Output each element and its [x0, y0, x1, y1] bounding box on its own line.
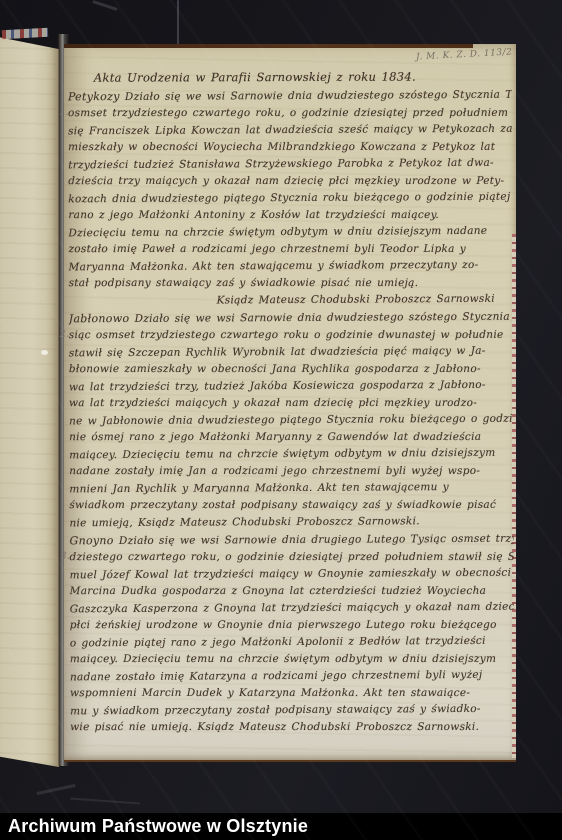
- manuscript-line: mieszkały w obecności Woyciecha Milbrand…: [68, 139, 512, 156]
- record-place-name: Petykozy: [68, 90, 125, 103]
- manuscript-line: stał podpisany stawaiący zaś y świadkowi…: [69, 275, 513, 292]
- manuscript-line: stawił się Szczepan Rychlik Wyrobnik lat…: [69, 343, 513, 363]
- manuscript-line: nadane zostało imię Katarzyna a rodzicam…: [70, 667, 514, 687]
- manuscript-line: wie pisać nie umieją. Ksiądz Mateusz Cho…: [70, 719, 514, 736]
- manuscript-line: się Franciszek Lipka Kowczan lat dwadzie…: [68, 121, 512, 141]
- manuscript-line: wa lat trzydzieści maiących y okazał nam…: [69, 395, 513, 412]
- manuscript-line: Maryanna Małżonka. Akt ten stawającemu y…: [68, 257, 512, 277]
- manuscript-line: Petykozy Działo się we wsi Sarnowie dnia…: [68, 86, 512, 107]
- marbled-page-edge-top: [2, 28, 48, 39]
- manuscript-line: nadane zostały imię Jan a rodzicami jego…: [69, 463, 513, 480]
- manuscript-line: ne w Jabłonowie dnia dwudziestego piąteg…: [69, 411, 513, 431]
- manuscript-line: Marcina Dudka gospodarza z Gnoyna lat cz…: [70, 583, 514, 600]
- manuscript-line: trzydzieści tudzież Stanisława Strzyżews…: [68, 155, 512, 175]
- record-place-name: Jabłonowo: [69, 312, 135, 325]
- background-scratch: [92, 0, 118, 11]
- manuscript-line: mu y świadkom przeczytany został podpisa…: [70, 701, 514, 721]
- manuscript-line: dzieścia trzy maiących y okazał nam dzie…: [68, 173, 512, 190]
- manuscript-line: Gaszczyka Kasperzona z Gnoyna lat trzydz…: [70, 599, 514, 619]
- archive-photo-frame: J. M. K. Z. D. 113/2 Akta Urodzenia w Pa…: [0, 0, 562, 840]
- birth-record: 3.Gnoyno Działo się we wsi Sarnowie dnia…: [69, 530, 514, 737]
- manuscript-line: płci żeńskiej urodzone w Gnoynie dnia pi…: [70, 617, 514, 634]
- manuscript-line: Gnoyno Działo się we wsi Sarnowie dnia d…: [69, 530, 513, 551]
- manuscript-text: Akta Urodzenia w Parafii Sarnowskiej z r…: [68, 67, 514, 737]
- manuscript-line: o godzinie piątej rano z jego Małżonki A…: [70, 633, 514, 653]
- birth-record: 2.Jabłonowo Działo się we wsi Sarnowie d…: [69, 308, 514, 532]
- manuscript-line: maiącey. Dziecięciu temu na chrzcie świę…: [69, 445, 513, 465]
- manuscript-line: Jabłonowo Działo się we wsi Sarnowie dni…: [69, 308, 513, 329]
- manuscript-line: rano z jego Małżonki Antoniny z Kosłów l…: [68, 207, 512, 224]
- manuscript-line: Dziecięciu temu na chrzcie świętym odbyt…: [68, 223, 512, 243]
- page-title: Akta Urodzenia w Parafii Sarnowskiej z r…: [68, 67, 512, 88]
- manuscript-line: kozach dnia dwudziestego piątego Styczni…: [68, 189, 512, 209]
- archive-caption-bar: Archiwum Państwowe w Olsztynie: [0, 813, 562, 840]
- manuscript-line: wa lat trzydzieści trzy, tudzież Jakóba …: [69, 377, 513, 397]
- manuscript-line: wspomnieni Marcin Dudek y Katarzyna Małż…: [70, 685, 514, 702]
- background-scratch: [36, 784, 76, 795]
- manuscript-page: J. M. K. Z. D. 113/2 Akta Urodzenia w Pa…: [64, 44, 516, 762]
- archive-name-label: Archiwum Państwowe w Olsztynie: [8, 816, 308, 837]
- manuscript-line: dziestego czwartego roku, o godzinie dzi…: [70, 549, 514, 566]
- manuscript-line: błonowie zamieszkały w obecności Jana Ry…: [69, 361, 513, 378]
- paper-blemish: [41, 350, 48, 355]
- book-cover-edge: [64, 44, 473, 48]
- manuscript-line: nie ósmej rano z jego Małżonki Maryanny …: [69, 429, 513, 446]
- manuscript-records: 1.Petykozy Działo się we wsi Sarnowie dn…: [68, 86, 514, 737]
- birth-record: 1.Petykozy Działo się we wsi Sarnowie dn…: [68, 86, 513, 310]
- record-place-name: Gnoyno: [69, 534, 118, 547]
- left-page-verso: [0, 33, 59, 767]
- manuscript-line: maiącey. Dziecięciu temu na chrzcie świę…: [70, 651, 514, 668]
- manuscript-line: osmset trzydziestego czwartego roku, o g…: [68, 105, 512, 122]
- archival-reference-note: J. M. K. Z. D. 113/2: [415, 47, 512, 62]
- manuscript-line: zostało imię Paweł a rodzicami jego chrz…: [68, 241, 512, 258]
- background-scratch: [70, 798, 140, 805]
- manuscript-line: świadkom przeczytany został podpisany st…: [69, 497, 513, 514]
- manuscript-line: siąc osmset trzydziestego czwartego roku…: [69, 327, 513, 344]
- manuscript-line: mnieni Jan Rychlik y Maryanna Małżonka. …: [69, 479, 513, 499]
- manuscript-line: muel Józef Kowal lat trzydzieści maiący …: [70, 565, 514, 585]
